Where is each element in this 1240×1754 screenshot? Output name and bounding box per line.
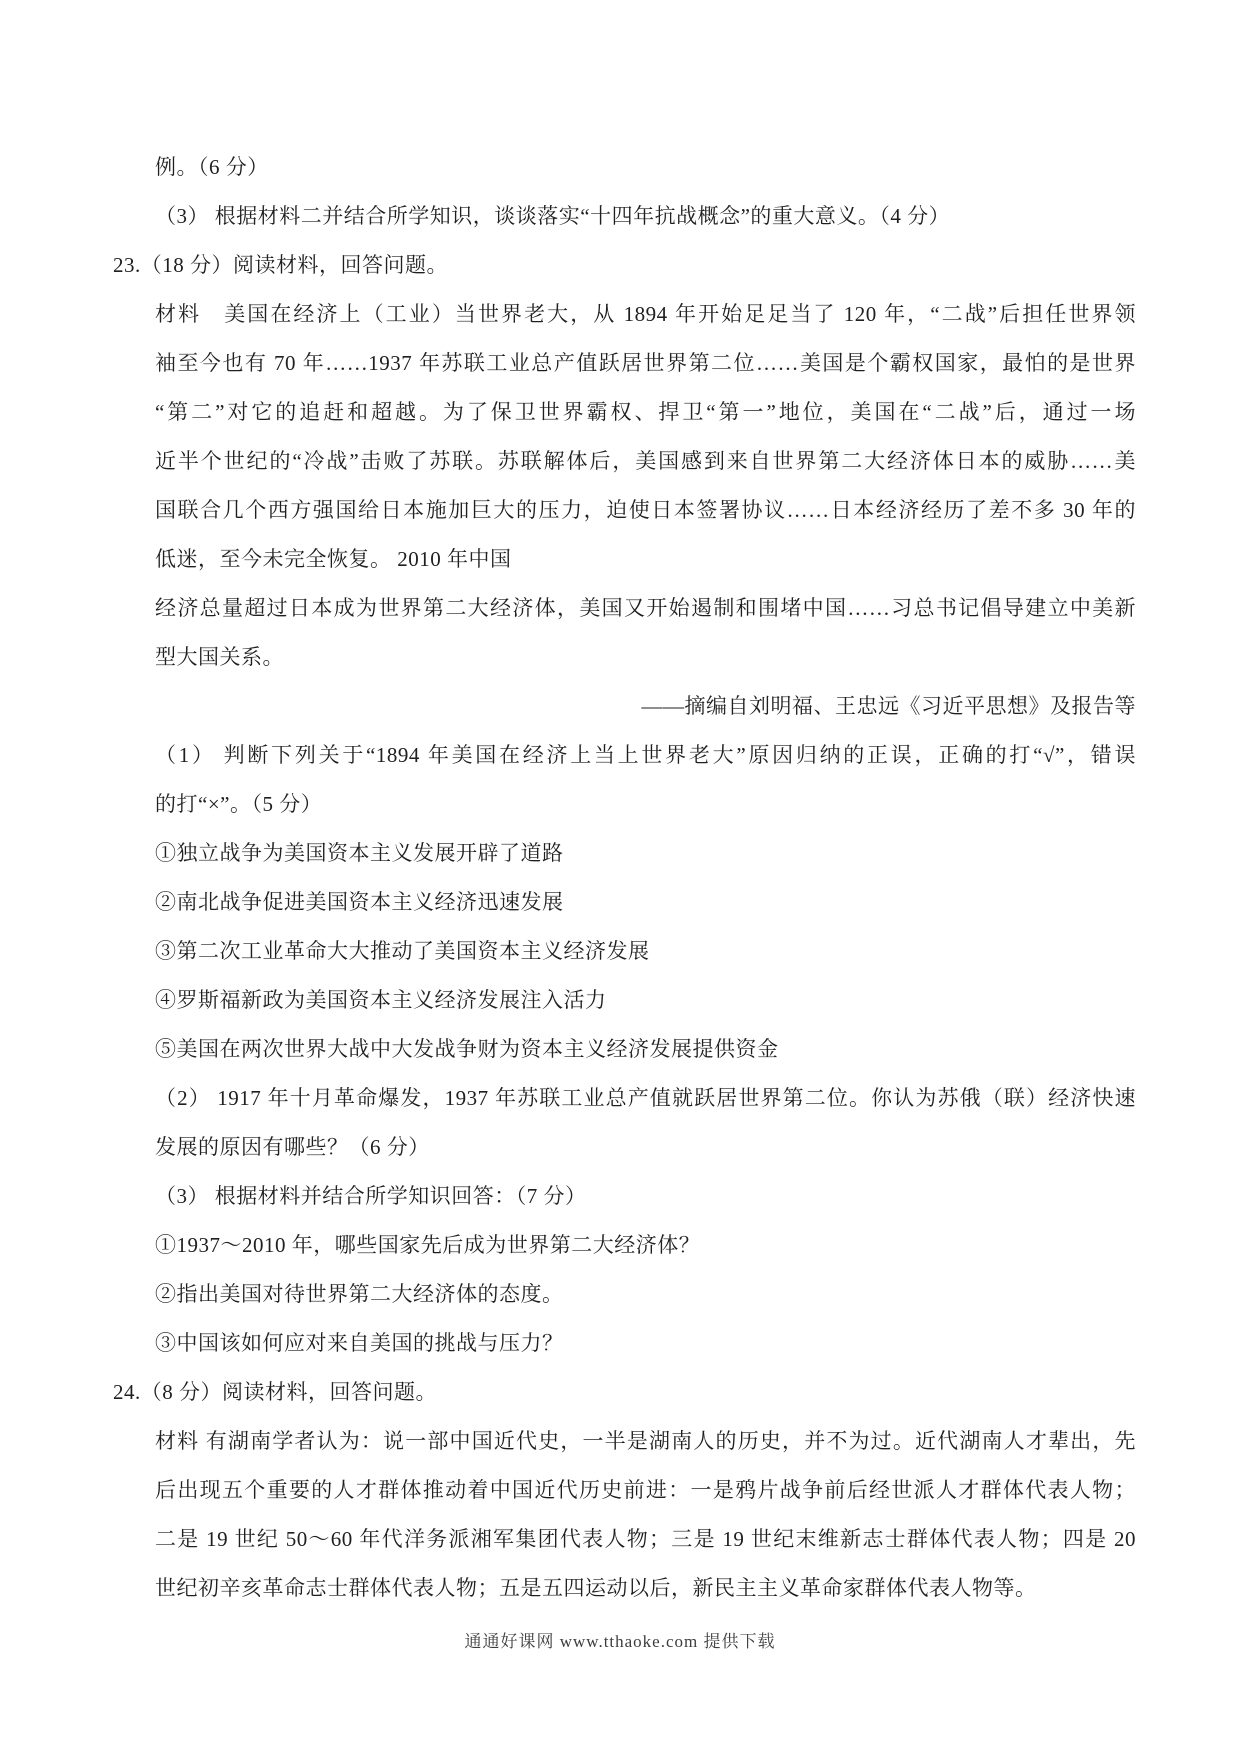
q23-sub2-line-2: 发展的原因有哪些？（6 分） [155,1123,1136,1172]
q23-sub3-item-3: ③中国该如何应对来自美国的挑战与压力？ [155,1319,1136,1368]
exam-page: 例。（6 分） （3） 根据材料二并结合所学知识，谈谈落实“十四年抗战概念”的重… [0,0,1240,1754]
q23-option-5: ⑤美国在两次世界大战中大发战争财为资本主义经济发展提供资金 [155,1025,1136,1074]
q22-sub3-line: （3） 根据材料二并结合所学知识，谈谈落实“十四年抗战概念”的重大意义。（4 分… [155,192,1136,241]
q23-material-line-4: 近半个世纪的“冷战”击败了苏联。苏联解体后，美国感到来自世界第二大经济体日本的威… [155,437,1136,486]
q23-material-line-5: 国联合几个西方强国给日本施加巨大的压力，迫使日本签署协议……日本经济经历了差不多… [155,486,1136,535]
q23-sub1-line-2: 的打“×”。（5 分） [155,780,1136,829]
q23-option-2: ②南北战争促进美国资本主义经济迅速发展 [155,878,1136,927]
q23-material-line-1: 材料 美国在经济上（工业）当世界老大，从 1894 年开始足足当了 120 年，… [155,290,1136,339]
q23-sub1-line-1: （1） 判断下列关于“1894 年美国在经济上当上世界老大”原因归纳的正误，正确… [155,731,1136,780]
q23-material-line-2: 袖至今也有 70 年……1937 年苏联工业总产值跃居世界第二位……美国是个霸权… [155,339,1136,388]
q23-material-line-8: 型大国关系。 [155,633,1136,682]
q23-option-4: ④罗斯福新政为美国资本主义经济发展注入活力 [155,976,1136,1025]
q23-sub3-item-2: ②指出美国对待世界第二大经济体的态度。 [155,1270,1136,1319]
q23-sub3-item-1: ①1937～2010 年，哪些国家先后成为世界第二大经济体？ [155,1221,1136,1270]
exam-content: 例。（6 分） （3） 根据材料二并结合所学知识，谈谈落实“十四年抗战概念”的重… [0,0,1240,1613]
q23-option-1: ①独立战争为美国资本主义发展开辟了道路 [155,829,1136,878]
site-watermark: 通通好课网 www.tthaoke.com 提供下载 [0,1629,1240,1655]
q24-material-line-3: 二是 19 世纪 50～60 年代洋务派湘军集团代表人物；三是 19 世纪末维新… [155,1515,1136,1564]
q23-header: 23.（18 分）阅读材料，回答问题。 [113,241,1136,290]
q23-material-line-6: 低迷，至今未完全恢复。 2010 年中国 [155,535,1136,584]
q23-sub2-line-1: （2） 1917 年十月革命爆发，1937 年苏联工业总产值就跃居世界第二位。你… [155,1074,1136,1123]
q24-material-line-2: 后出现五个重要的人才群体推动着中国近代历史前进：一是鸦片战争前后经世派人才群体代… [155,1466,1136,1515]
q23-material-line-3: “第二”对它的追赶和超越。为了保卫世界霸权、捍卫“第一”地位，美国在“二战”后，… [155,388,1136,437]
q24-header: 24.（8 分）阅读材料，回答问题。 [113,1368,1136,1417]
q23-option-3: ③第二次工业革命大大推动了美国资本主义经济发展 [155,927,1136,976]
q22-points-line: 例。（6 分） [155,143,1136,192]
q23-material-line-7: 经济总量超过日本成为世界第二大经济体，美国又开始遏制和围堵中国……习总书记倡导建… [155,584,1136,633]
q23-source-citation: ——摘编自刘明福、王忠远《习近平思想》及报告等 [155,682,1136,731]
q23-sub3-intro: （3） 根据材料并结合所学知识回答：（7 分） [155,1172,1136,1221]
q24-material-line-1: 材料 有湖南学者认为：说一部中国近代史，一半是湖南人的历史，并不为过。近代湖南人… [155,1417,1136,1466]
q24-material-line-4: 世纪初辛亥革命志士群体代表人物；五是五四运动以后，新民主主义革命家群体代表人物等… [155,1564,1136,1613]
